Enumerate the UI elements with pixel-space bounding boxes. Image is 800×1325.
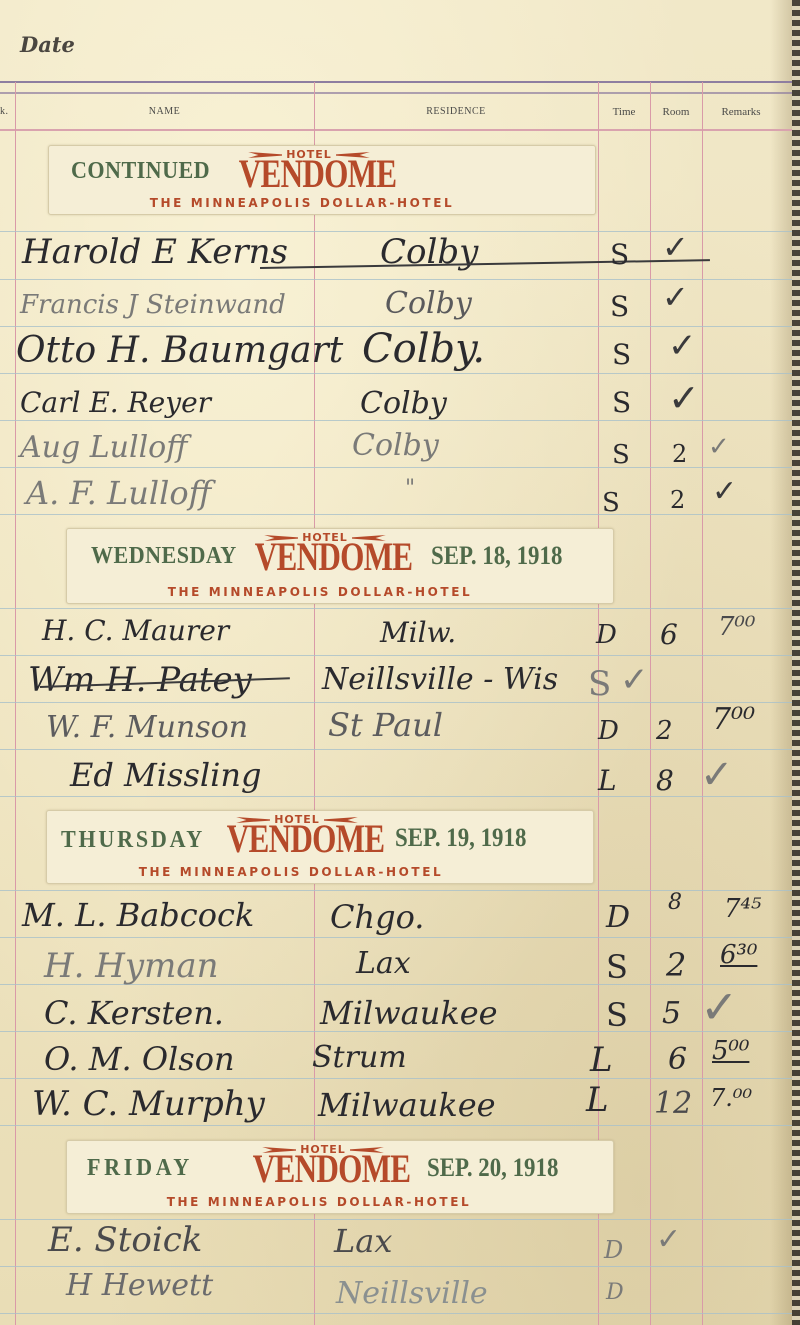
entry-room: 8: [656, 764, 674, 797]
ruled-line: [0, 1078, 792, 1079]
stamp-day: THURSDAY: [61, 827, 205, 854]
entry-time: D: [606, 900, 630, 935]
col-header-clk: k.: [0, 106, 12, 117]
entry-room: 2: [670, 486, 685, 514]
entry-name: A. F. Lulloff: [26, 474, 211, 512]
stamp-date: SEP. 19, 1918: [395, 823, 526, 853]
date-label: Date: [20, 32, 75, 57]
entry-time: S: [612, 386, 631, 419]
col-rule-clk: [15, 82, 16, 1325]
entry-remarks-rate: 7⁰⁰: [712, 702, 755, 737]
entry-name: W. C. Murphy: [32, 1084, 265, 1124]
entry-name: Francis J Steinwand: [20, 290, 286, 320]
check-mark-icon: ✓: [656, 1222, 681, 1257]
check-mark-icon: ✓: [700, 980, 739, 1034]
stamp-tagline: THE MINNEAPOLIS DOLLAR-HOTEL: [47, 865, 535, 879]
entry-time: S: [612, 338, 631, 371]
header-rule-bottom: [0, 129, 792, 131]
check-mark-icon: ✓: [668, 376, 700, 420]
header-rule-top: [0, 81, 792, 83]
entry-residence: Milwaukee: [318, 1086, 496, 1124]
col-header-residence: RESIDENCE: [314, 106, 598, 117]
entry-name: C. Kersten.: [44, 994, 224, 1032]
logo-brand-text: VENDOME: [255, 537, 395, 577]
entry-room: 2: [666, 946, 686, 984]
check-mark-icon: ✓: [700, 752, 734, 798]
entry-name: O. M. Olson: [44, 1040, 235, 1078]
entry-residence: Milw.: [380, 616, 456, 649]
ruled-line: [0, 608, 792, 609]
entry-residence: Neillsville: [336, 1276, 488, 1311]
entry-residence: Lax: [334, 1222, 392, 1260]
entry-time: S: [606, 996, 628, 1034]
entry-name: Harold E Kerns: [22, 232, 288, 272]
entry-residence: Lax: [356, 946, 411, 981]
entry-residence: Colby: [360, 386, 447, 421]
stamp-tagline: THE MINNEAPOLIS DOLLAR-HOTEL: [67, 1195, 571, 1209]
entry-name: H. Hyman: [44, 946, 219, 986]
entry-time: L: [598, 764, 617, 797]
ruled-line: [0, 655, 792, 656]
entry-residence: Strum: [312, 1040, 407, 1075]
entry-room: 5: [662, 996, 681, 1031]
stamp-day: CONTINUED: [71, 158, 210, 185]
entry-remarks-rate: 7⁴⁵: [724, 894, 761, 924]
entry-room: 6: [668, 1042, 687, 1077]
binding-shadow: [770, 0, 792, 1325]
entry-name: E. Stoick: [48, 1220, 202, 1260]
col-rule-name: [314, 82, 315, 1325]
entry-time: S: [588, 664, 611, 704]
entry-time: S: [602, 488, 620, 518]
stamp-day: WEDNESDAY: [91, 543, 237, 570]
entry-time: D: [606, 1280, 624, 1305]
logo-brand-text: VENDOME: [227, 819, 367, 859]
header-rule-second: [0, 92, 792, 94]
entry-name: Carl E. Reyer: [20, 386, 211, 419]
entry-name: H Hewett: [66, 1268, 213, 1303]
check-mark-icon: ✓: [668, 326, 697, 366]
date-stamp-thursday: THURSDAY HOTEL VENDOME SEP. 19, 1918 THE…: [46, 810, 594, 884]
stamp-date: SEP. 20, 1918: [427, 1153, 558, 1183]
entry-time: S: [606, 948, 628, 986]
hotel-vendome-logo: HOTEL VENDOME: [233, 1143, 413, 1187]
col-header-remarks: Remarks: [702, 106, 780, 118]
entry-room: 2: [656, 716, 673, 746]
date-stamp-wednesday: WEDNESDAY HOTEL VENDOME SEP. 18, 1918 TH…: [66, 528, 614, 604]
entry-name: W. F. Munson: [46, 710, 248, 745]
entry-residence: Colby: [352, 428, 439, 463]
ruled-line: [0, 1313, 792, 1314]
hotel-vendome-logo: HOTEL VENDOME: [235, 531, 415, 575]
entry-residence: ": [405, 476, 415, 501]
entry-time: S: [612, 440, 630, 470]
ruled-line: [0, 373, 792, 374]
hotel-vendome-logo: HOTEL VENDOME: [219, 148, 399, 192]
entry-room: 12: [654, 1086, 692, 1121]
ruled-line: [0, 1266, 792, 1267]
logo-brand-text: VENDOME: [253, 1149, 393, 1189]
entry-time: D: [596, 620, 617, 650]
entry-name: Aug Lulloff: [20, 430, 187, 465]
hotel-vendome-logo: HOTEL VENDOME: [207, 813, 387, 857]
entry-remarks-rate: 5⁰⁰: [712, 1036, 749, 1066]
ruled-line: [0, 514, 792, 515]
entry-remarks-rate: 7.⁰⁰: [710, 1084, 752, 1112]
col-header-name: NAME: [15, 106, 314, 117]
col-header-time: Time: [598, 106, 650, 118]
entry-name: H. C. Maurer: [42, 614, 229, 647]
entry-time: L: [586, 1080, 609, 1120]
page-binding-edge: [792, 0, 800, 1325]
check-mark-icon: ✓: [662, 278, 689, 316]
ruled-line: [0, 749, 792, 750]
stamp-day: FRIDAY: [87, 1155, 193, 1182]
entry-residence: Milwaukee: [320, 994, 498, 1032]
entry-time: D: [598, 716, 619, 746]
col-rule-time: [650, 82, 651, 1325]
entry-time: S: [610, 290, 629, 323]
col-header-room: Room: [650, 106, 702, 118]
date-stamp-friday: FRIDAY HOTEL VENDOME SEP. 20, 1918 THE M…: [66, 1140, 614, 1214]
ruled-line: [0, 937, 792, 938]
check-mark-icon: ✓: [708, 432, 730, 462]
entry-residence: Colby.: [362, 326, 485, 372]
date-stamp-continued: CONTINUED HOTEL VENDOME THE MINNEAPOLIS …: [48, 145, 596, 215]
ruled-line: [0, 1125, 792, 1126]
stamp-date: SEP. 18, 1918: [431, 541, 562, 571]
entry-room: 6: [660, 618, 678, 651]
check-mark-icon: ✓: [662, 228, 689, 266]
register-page: Date k. NAME RESIDENCE Time Room Remarks…: [0, 0, 800, 1325]
entry-name: M. L. Babcock: [22, 896, 254, 934]
logo-brand-text: VENDOME: [239, 154, 379, 194]
entry-name: Otto H. Baumgart: [16, 330, 343, 371]
entry-time: S: [610, 238, 629, 271]
strikethrough-line: [260, 259, 710, 269]
entry-residence: St Paul: [328, 706, 443, 744]
entry-remarks-rate: 6³⁰: [720, 940, 757, 970]
entry-room: 2: [672, 440, 687, 468]
entry-residence: Neillsville - Wis: [322, 662, 558, 697]
col-rule-room: [702, 82, 703, 1325]
entry-room: 8: [668, 890, 682, 915]
entry-remarks-rate: 7⁰⁰: [718, 612, 755, 642]
stamp-tagline: THE MINNEAPOLIS DOLLAR-HOTEL: [67, 585, 573, 599]
stamp-tagline: THE MINNEAPOLIS DOLLAR-HOTEL: [49, 196, 555, 210]
entry-residence: Colby: [385, 286, 472, 321]
entry-residence: Chgo.: [330, 898, 424, 936]
entry-time: D: [604, 1236, 623, 1264]
check-mark-icon: ✓: [712, 474, 737, 509]
entry-time: L: [590, 1040, 613, 1080]
entry-name: Ed Missling: [70, 756, 261, 794]
ruled-line: [0, 702, 792, 703]
check-mark-icon: ✓: [620, 660, 649, 700]
